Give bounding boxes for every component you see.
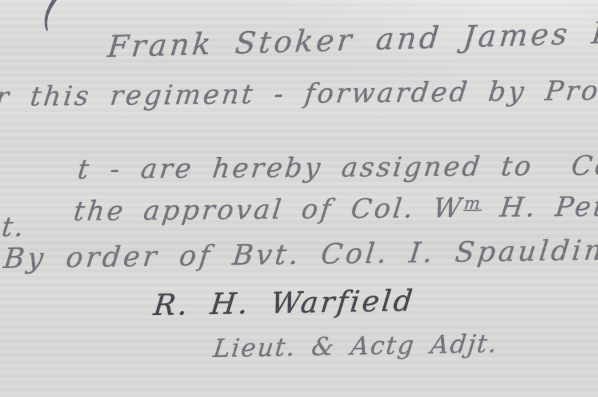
approval-text: the approval of Col. W [72, 193, 465, 227]
handwritten-document-scan: Frank Stoker and James Kelly — r this re… [0, 0, 598, 397]
handwritten-line-recruit-names: Frank Stoker and James Kelly — [106, 12, 598, 65]
handwritten-line-regiment: r this regiment - forwarded by Pro. Mar. [0, 75, 598, 113]
signature-title: Lieut. & Actg Adjt. [212, 329, 500, 363]
signature-name: R. H. Warfield [152, 283, 417, 322]
bracket-mark [36, 0, 64, 34]
approval-text-continued: H. Pettes Comd'g [480, 190, 598, 224]
handwritten-line-fragment: t. [0, 212, 27, 243]
